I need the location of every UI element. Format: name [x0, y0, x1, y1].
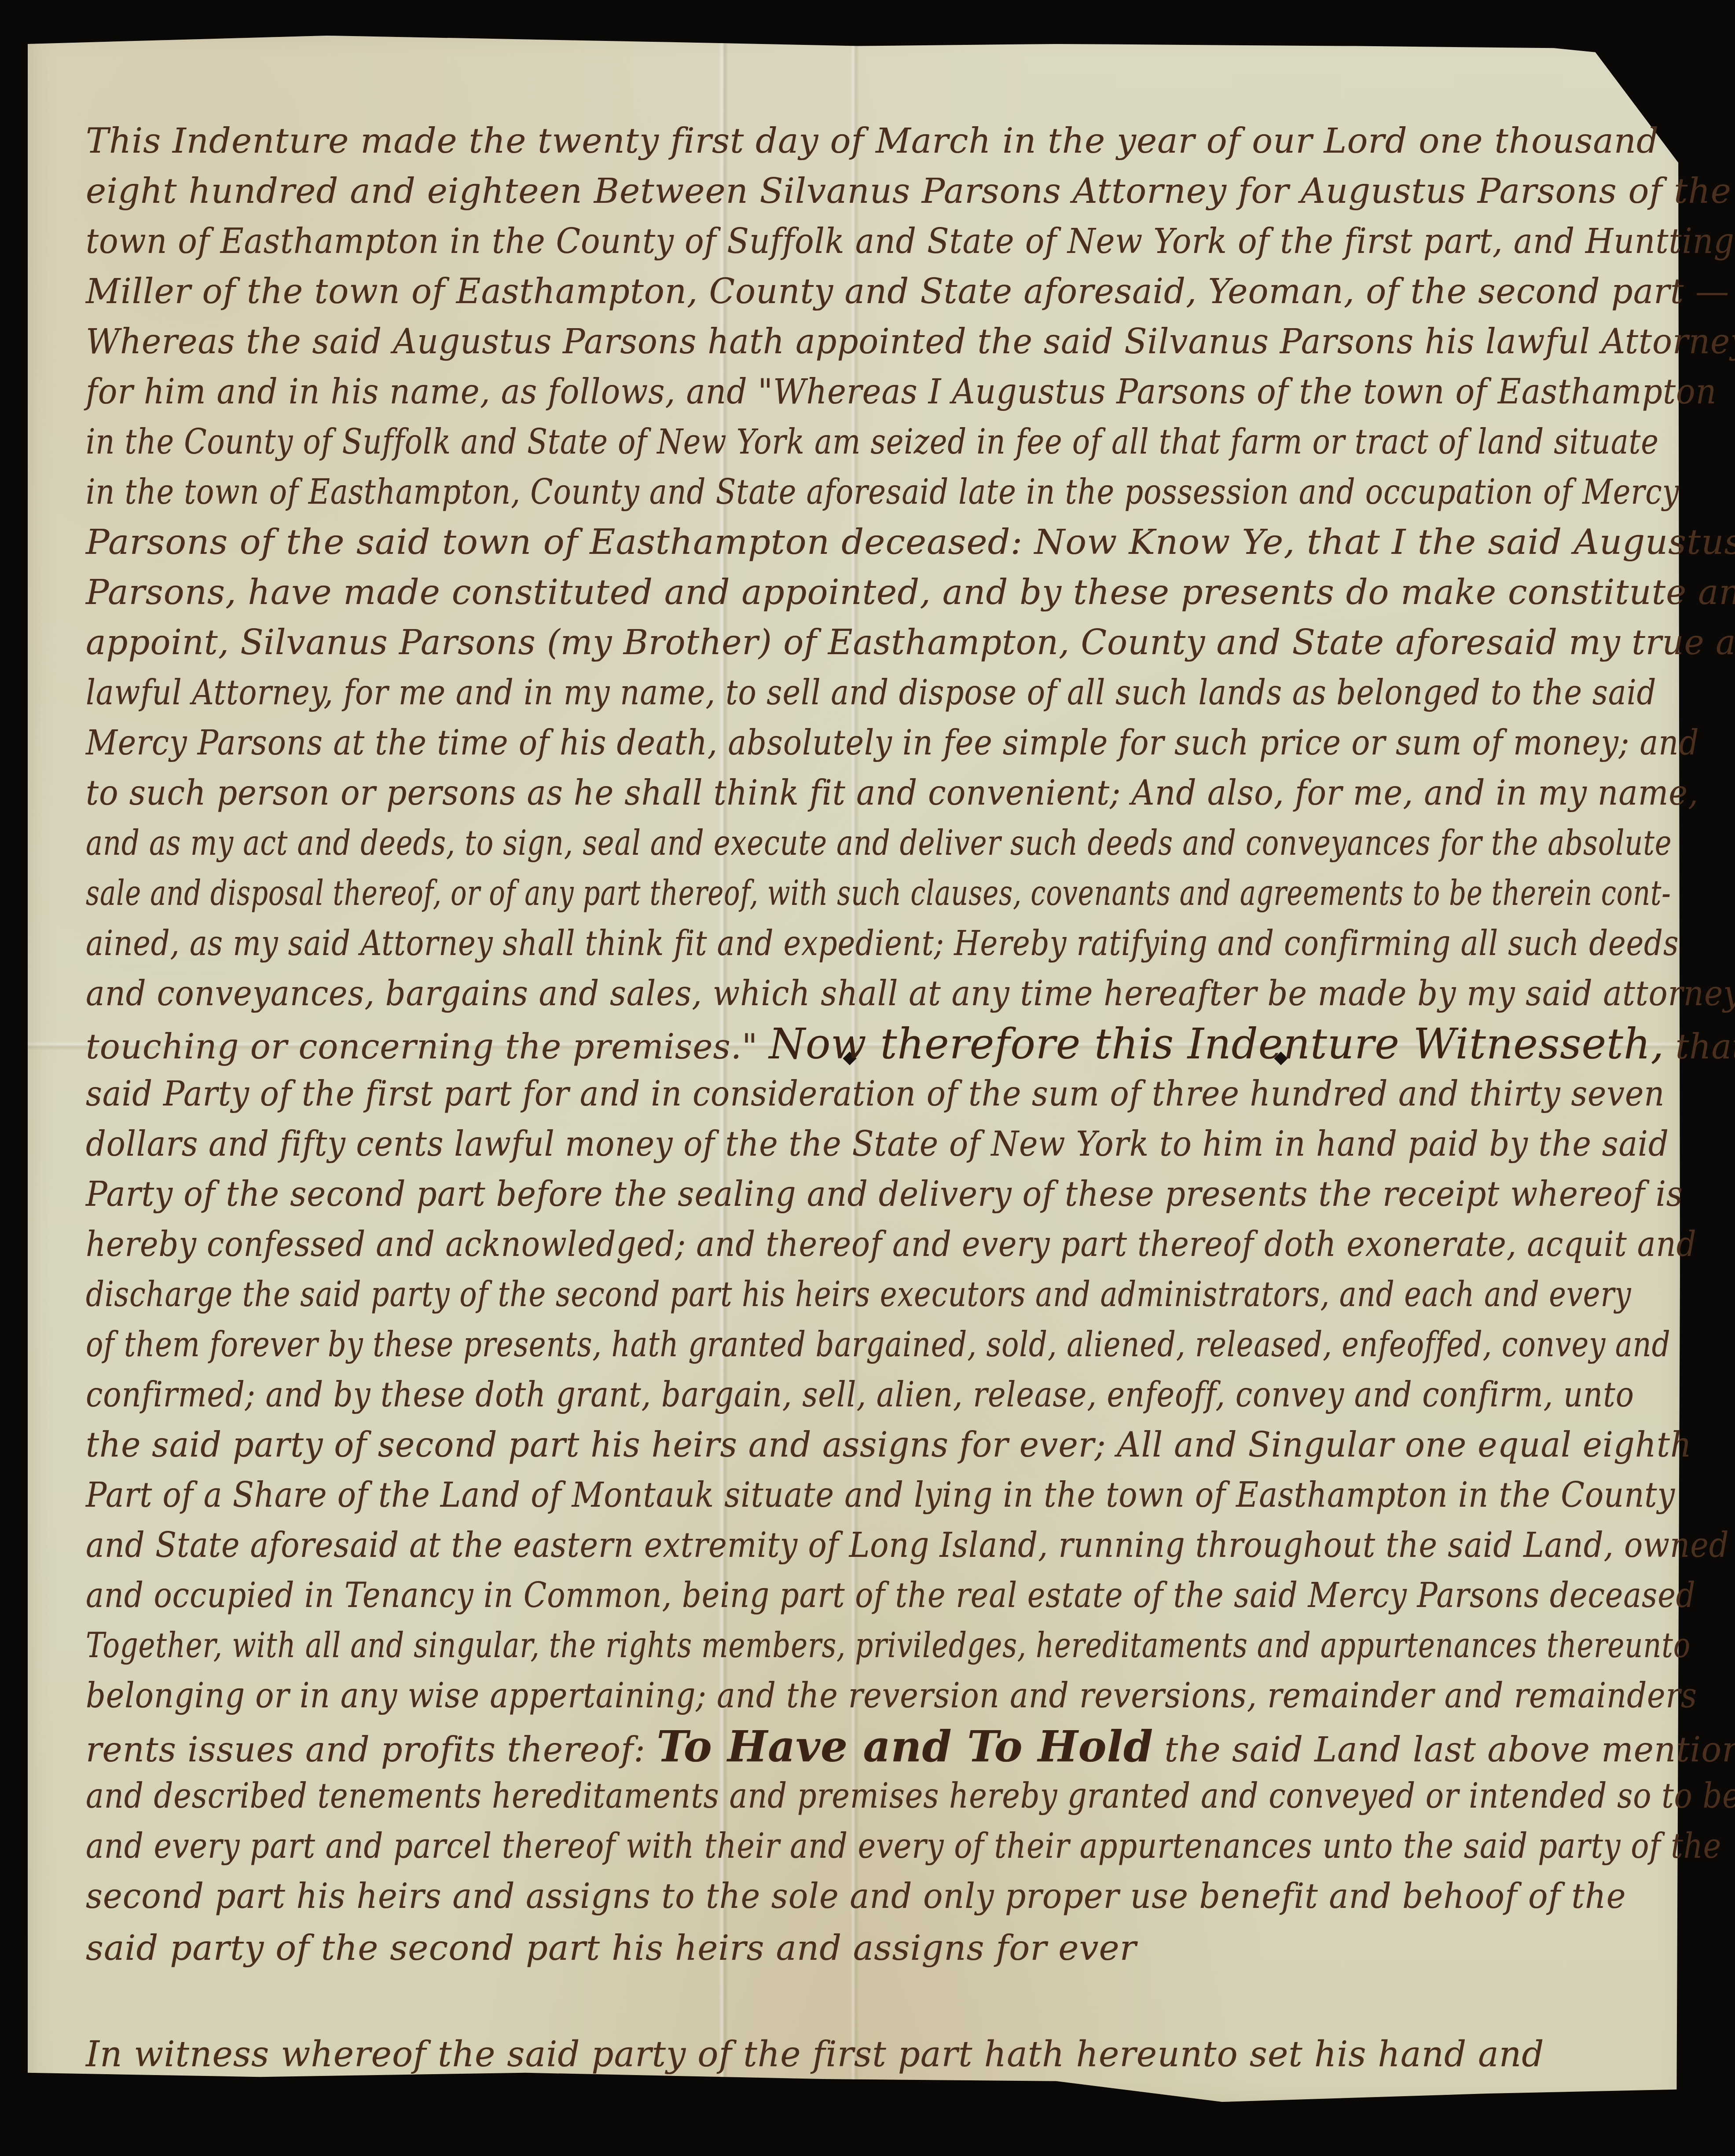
text-line: belonging or in any wise appertaining; a…: [86, 1679, 1511, 1713]
line-29: and State aforesaid at the eastern extre…: [86, 1526, 1729, 1565]
line-5: Whereas the said Augustus Parsons hath a…: [86, 322, 1735, 362]
text-line: said Party of the first part for and in …: [86, 1077, 1543, 1111]
line-24: discharge the said party of the second p…: [86, 1275, 1631, 1314]
line-31: Together, with all and singular, the rig…: [86, 1626, 1691, 1666]
line-28: Part of a Share of the Land of Montauk s…: [86, 1475, 1675, 1515]
text-line: and occupied in Tenancy in Common, being…: [86, 1578, 1480, 1613]
text-line: Whereas the said Augustus Parsons hath a…: [86, 325, 1607, 359]
text-line: ained, as my said Attorney shall think f…: [86, 926, 1448, 961]
line-19-tail: that the: [1676, 1027, 1735, 1067]
line-18: and conveyances, bargains and sales, whi…: [86, 974, 1735, 1014]
line-20: said Party of the first part for and in …: [86, 1074, 1665, 1114]
text-line: discharge the said party of the second p…: [86, 1277, 1416, 1312]
testimonium-clause: In witness whereof the said party of the…: [86, 2034, 1544, 2075]
text-line: Party of the second part before the seal…: [86, 1177, 1559, 1212]
text-line: town of Easthampton in the County of Suf…: [86, 224, 1559, 259]
text-line: and described tenements hereditaments an…: [86, 1779, 1480, 1813]
text-line: for him and in his name, as follows, and…: [86, 375, 1559, 409]
line-6: for him and in his name, as follows, and…: [86, 372, 1717, 412]
line-36: second part his heirs and assigns to the…: [86, 1877, 1626, 1916]
text-line: and State aforesaid at the eastern extre…: [86, 1528, 1511, 1563]
text-line: sale and disposal thereof, or of any par…: [86, 876, 1321, 911]
line-7: in the County of Suffolk and State of Ne…: [86, 422, 1659, 462]
text-line: and every part and parcel thereof with t…: [86, 1829, 1480, 1863]
text-line: hereby confessed and acknowledged; and t…: [86, 1227, 1511, 1262]
text-line: in the town of Easthampton, County and S…: [86, 475, 1448, 509]
text-line: and conveyances, bargains and sales, whi…: [86, 977, 1543, 1011]
text-line: appoint, Silvanus Parsons (my Brother) o…: [86, 626, 1638, 660]
text-line: Together, with all and singular, the rig…: [86, 1629, 1385, 1663]
line-13: Mercy Parsons at the time of his death, …: [86, 723, 1699, 763]
line-25: of them forever by these presents, hath …: [86, 1325, 1670, 1365]
line-11: appoint, Silvanus Parsons (my Brother) o…: [86, 623, 1735, 663]
line-37: said party of the second part his heirs …: [86, 1929, 1137, 1968]
text-line: This Indenture made the twenty first day…: [86, 124, 1670, 158]
line-1: This Indenture made the twenty first day…: [86, 121, 1659, 161]
line-3: town of Easthampton in the County of Suf…: [86, 222, 1735, 261]
line-34: and described tenements hereditaments an…: [86, 1776, 1735, 1816]
habendum-heading: To Have and To Hold: [657, 1721, 1153, 1772]
line-2: eight hundred and eighteen Between Silva…: [86, 172, 1731, 211]
line-16: sale and disposal thereof, or of any par…: [86, 874, 1671, 913]
line-27: the said party of second part his heirs …: [86, 1425, 1692, 1465]
text-line: said party of the second part his heirs …: [86, 1931, 1670, 1966]
line-21: dollars and fifty cents lawful money of …: [86, 1124, 1669, 1164]
text-line: dollars and fifty cents lawful money of …: [86, 1127, 1543, 1161]
line-10: Parsons, have made constituted and appoi…: [86, 573, 1735, 612]
text-line: Part of a Share of the Land of Montauk s…: [86, 1478, 1511, 1512]
text-line: Miller of the town of Easthampton, Count…: [86, 275, 1638, 309]
line-26: confirmed; and by these doth grant, barg…: [86, 1375, 1634, 1415]
text-line: eight hundred and eighteen Between Silva…: [86, 174, 1670, 209]
text-line: rents issues and profits thereof: To Hav…: [86, 1725, 1638, 1768]
text-line: and as my act and deeds, to sign, seal a…: [86, 826, 1385, 860]
text-line: of them forever by these presents, hath …: [86, 1328, 1416, 1362]
text-line: Parsons of the said town of Easthampton …: [86, 525, 1702, 560]
scan-canvas: This Indenture made the twenty first day…: [0, 0, 1735, 2156]
line-33: rents issues and profits thereof:: [86, 1730, 646, 1770]
line-12: lawful Attorney, for me and in my name, …: [86, 673, 1656, 713]
line-30: and occupied in Tenancy in Common, being…: [86, 1576, 1695, 1615]
line-9: Parsons of the said town of Easthampton …: [86, 523, 1735, 562]
line-35: and every part and parcel thereof with t…: [86, 1827, 1721, 1866]
line-23: hereby confessed and acknowledged; and t…: [86, 1225, 1696, 1264]
text-line: Parsons, have made constituted and appoi…: [86, 575, 1670, 610]
line-8: in the town of Easthampton, County and S…: [86, 472, 1679, 512]
deed-text: This Indenture made the twenty first day…: [86, 0, 1670, 2156]
line-17: ained, as my said Attorney shall think f…: [86, 924, 1679, 963]
text-line: in the County of Suffolk and State of Ne…: [86, 425, 1448, 459]
text-line: the said party of second part his heirs …: [86, 1428, 1607, 1462]
line-32: belonging or in any wise appertaining; a…: [86, 1676, 1697, 1716]
line-15: and as my act and deeds, to sign, seal a…: [86, 824, 1672, 863]
line-22: Party of the second part before the seal…: [86, 1175, 1683, 1214]
text-line: second part his heirs and assigns to the…: [86, 1879, 1591, 1914]
line-33-tail: the said Land last above mentioned: [1165, 1730, 1735, 1770]
witnesseth-heading: Now therefore this Indenture Witnesseth,: [769, 1019, 1664, 1069]
text-line: confirmed; and by these doth grant, barg…: [86, 1378, 1480, 1412]
line-14: to such person or persons as he shall th…: [86, 773, 1698, 813]
text-line: lawful Attorney, for me and in my name, …: [86, 676, 1480, 710]
text-line: In witness whereof the said party of the…: [86, 2037, 1638, 2072]
line-4: Miller of the town of Easthampton, Count…: [86, 272, 1729, 311]
text-line: touching or concerning the premises." No…: [86, 1023, 1638, 1065]
line-19: touching or concerning the premises.": [86, 1027, 758, 1067]
text-line: to such person or persons as he shall th…: [86, 776, 1559, 810]
text-line: Mercy Parsons at the time of his death, …: [86, 726, 1511, 760]
